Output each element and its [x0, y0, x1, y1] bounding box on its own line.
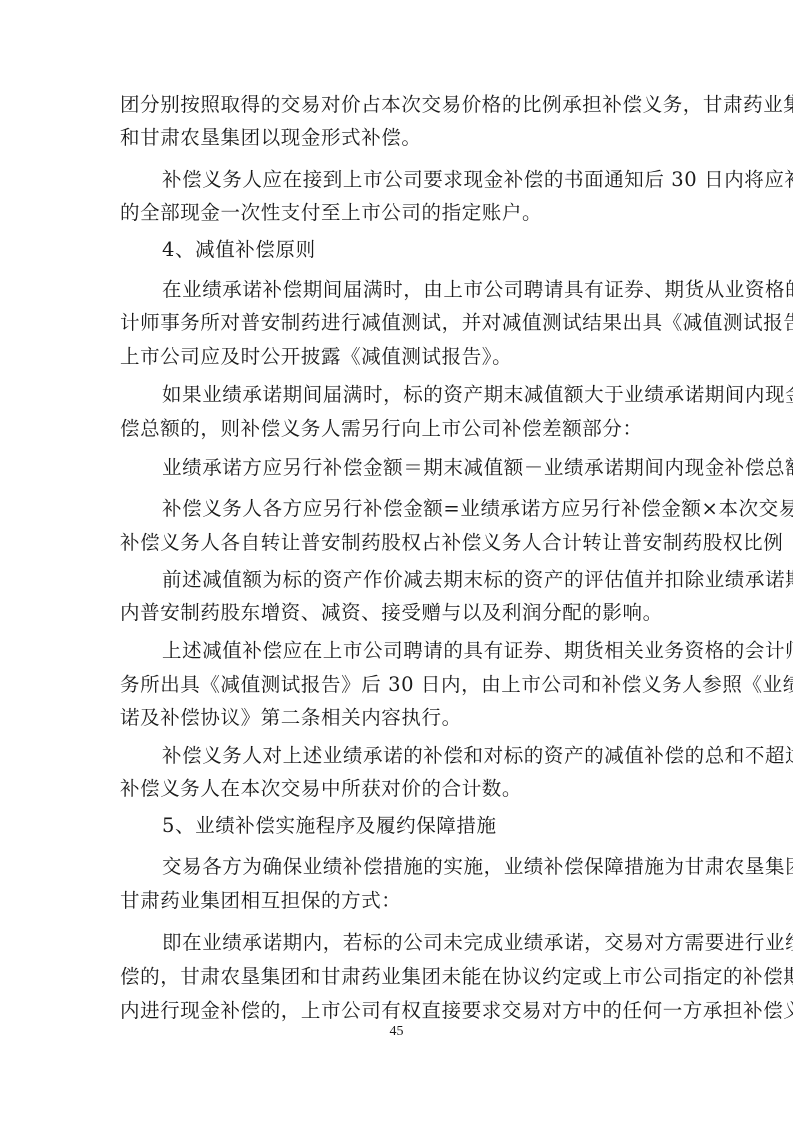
paragraph-4-line-1: 如果业绩承诺期间届满时，标的资产期末减值额大于业绩承诺期间内现金补	[162, 383, 674, 407]
paragraph-6-line-2: 务所出具《减值测试报告》后 30 日内，由上市公司和补偿义务人参照《业绩承	[120, 673, 674, 697]
document-page: 团分别按照取得的交易对价占本次交易价格的比例承担补偿义务，甘肃药业集团 和甘肃农…	[0, 0, 793, 1122]
paragraph-9-line-1: 即在业绩承诺期内，若标的公司未完成业绩承诺，交易对方需要进行业绩补	[162, 931, 674, 955]
paragraph-8-line-2: 甘肃药业集团相互担保的方式：	[120, 889, 674, 913]
paragraph-9-line-2: 偿的，甘肃农垦集团和甘肃药业集团未能在协议约定或上市公司指定的补偿期限	[120, 965, 674, 989]
section-heading-4: 4、减值补偿原则	[162, 238, 674, 262]
paragraph-7-line-1: 补偿义务人对上述业绩承诺的补偿和对标的资产的减值补偿的总和不超过	[162, 744, 674, 768]
paragraph-4-line-2: 偿总额的，则补偿义务人需另行向上市公司补偿差额部分：	[120, 417, 674, 441]
paragraph-8-line-1: 交易各方为确保业绩补偿措施的实施，业绩补偿保障措施为甘肃农垦集团和	[162, 855, 674, 879]
paragraph-6-line-3: 诺及补偿协议》第二条相关内容执行。	[120, 706, 674, 730]
paragraph-9-line-3: 内进行现金补偿的，上市公司有权直接要求交易对方中的任何一方承担补偿义务，	[120, 999, 674, 1023]
paragraph-2-line-2: 的全部现金一次性支付至上市公司的指定账户。	[120, 201, 674, 225]
paragraph-1-line-2: 和甘肃农垦集团以现金形式补偿。	[120, 126, 674, 150]
paragraph-1-line-1: 团分别按照取得的交易对价占本次交易价格的比例承担补偿义务，甘肃药业集团	[120, 93, 674, 117]
paragraph-3-line-1: 在业绩承诺补偿期间届满时，由上市公司聘请具有证券、期货从业资格的会	[162, 278, 674, 302]
formula-1: 业绩承诺方应另行补偿金额＝期末减值额－业绩承诺期间内现金补偿总额	[162, 456, 674, 480]
paragraph-3-line-3: 上市公司应及时公开披露《减值测试报告》。	[120, 345, 674, 369]
formula-2-line-2: 补偿义务人各自转让普安制药股权占补偿义务人合计转让普安制药股权比例	[120, 531, 674, 555]
page-number: 45	[0, 1024, 793, 1040]
paragraph-5-line-2: 内普安制药股东增资、减资、接受赠与以及利润分配的影响。	[120, 601, 674, 625]
paragraph-6-line-1: 上述减值补偿应在上市公司聘请的具有证券、期货相关业务资格的会计师事	[162, 639, 674, 663]
paragraph-3-line-2: 计师事务所对普安制药进行减值测试，并对减值测试结果出具《减值测试报告》。	[120, 311, 674, 335]
formula-2-line-1: 补偿义务人各方应另行补偿金额=业绩承诺方应另行补偿金额×本次交易中	[162, 497, 674, 521]
section-heading-5: 5、业绩补偿实施程序及履约保障措施	[162, 814, 674, 838]
paragraph-5-line-1: 前述减值额为标的资产作价减去期末标的资产的评估值并扣除业绩承诺期	[162, 568, 674, 592]
paragraph-7-line-2: 补偿义务人在本次交易中所获对价的合计数。	[120, 777, 674, 801]
paragraph-2-line-1: 补偿义务人应在接到上市公司要求现金补偿的书面通知后 30 日内将应补偿	[162, 168, 674, 192]
